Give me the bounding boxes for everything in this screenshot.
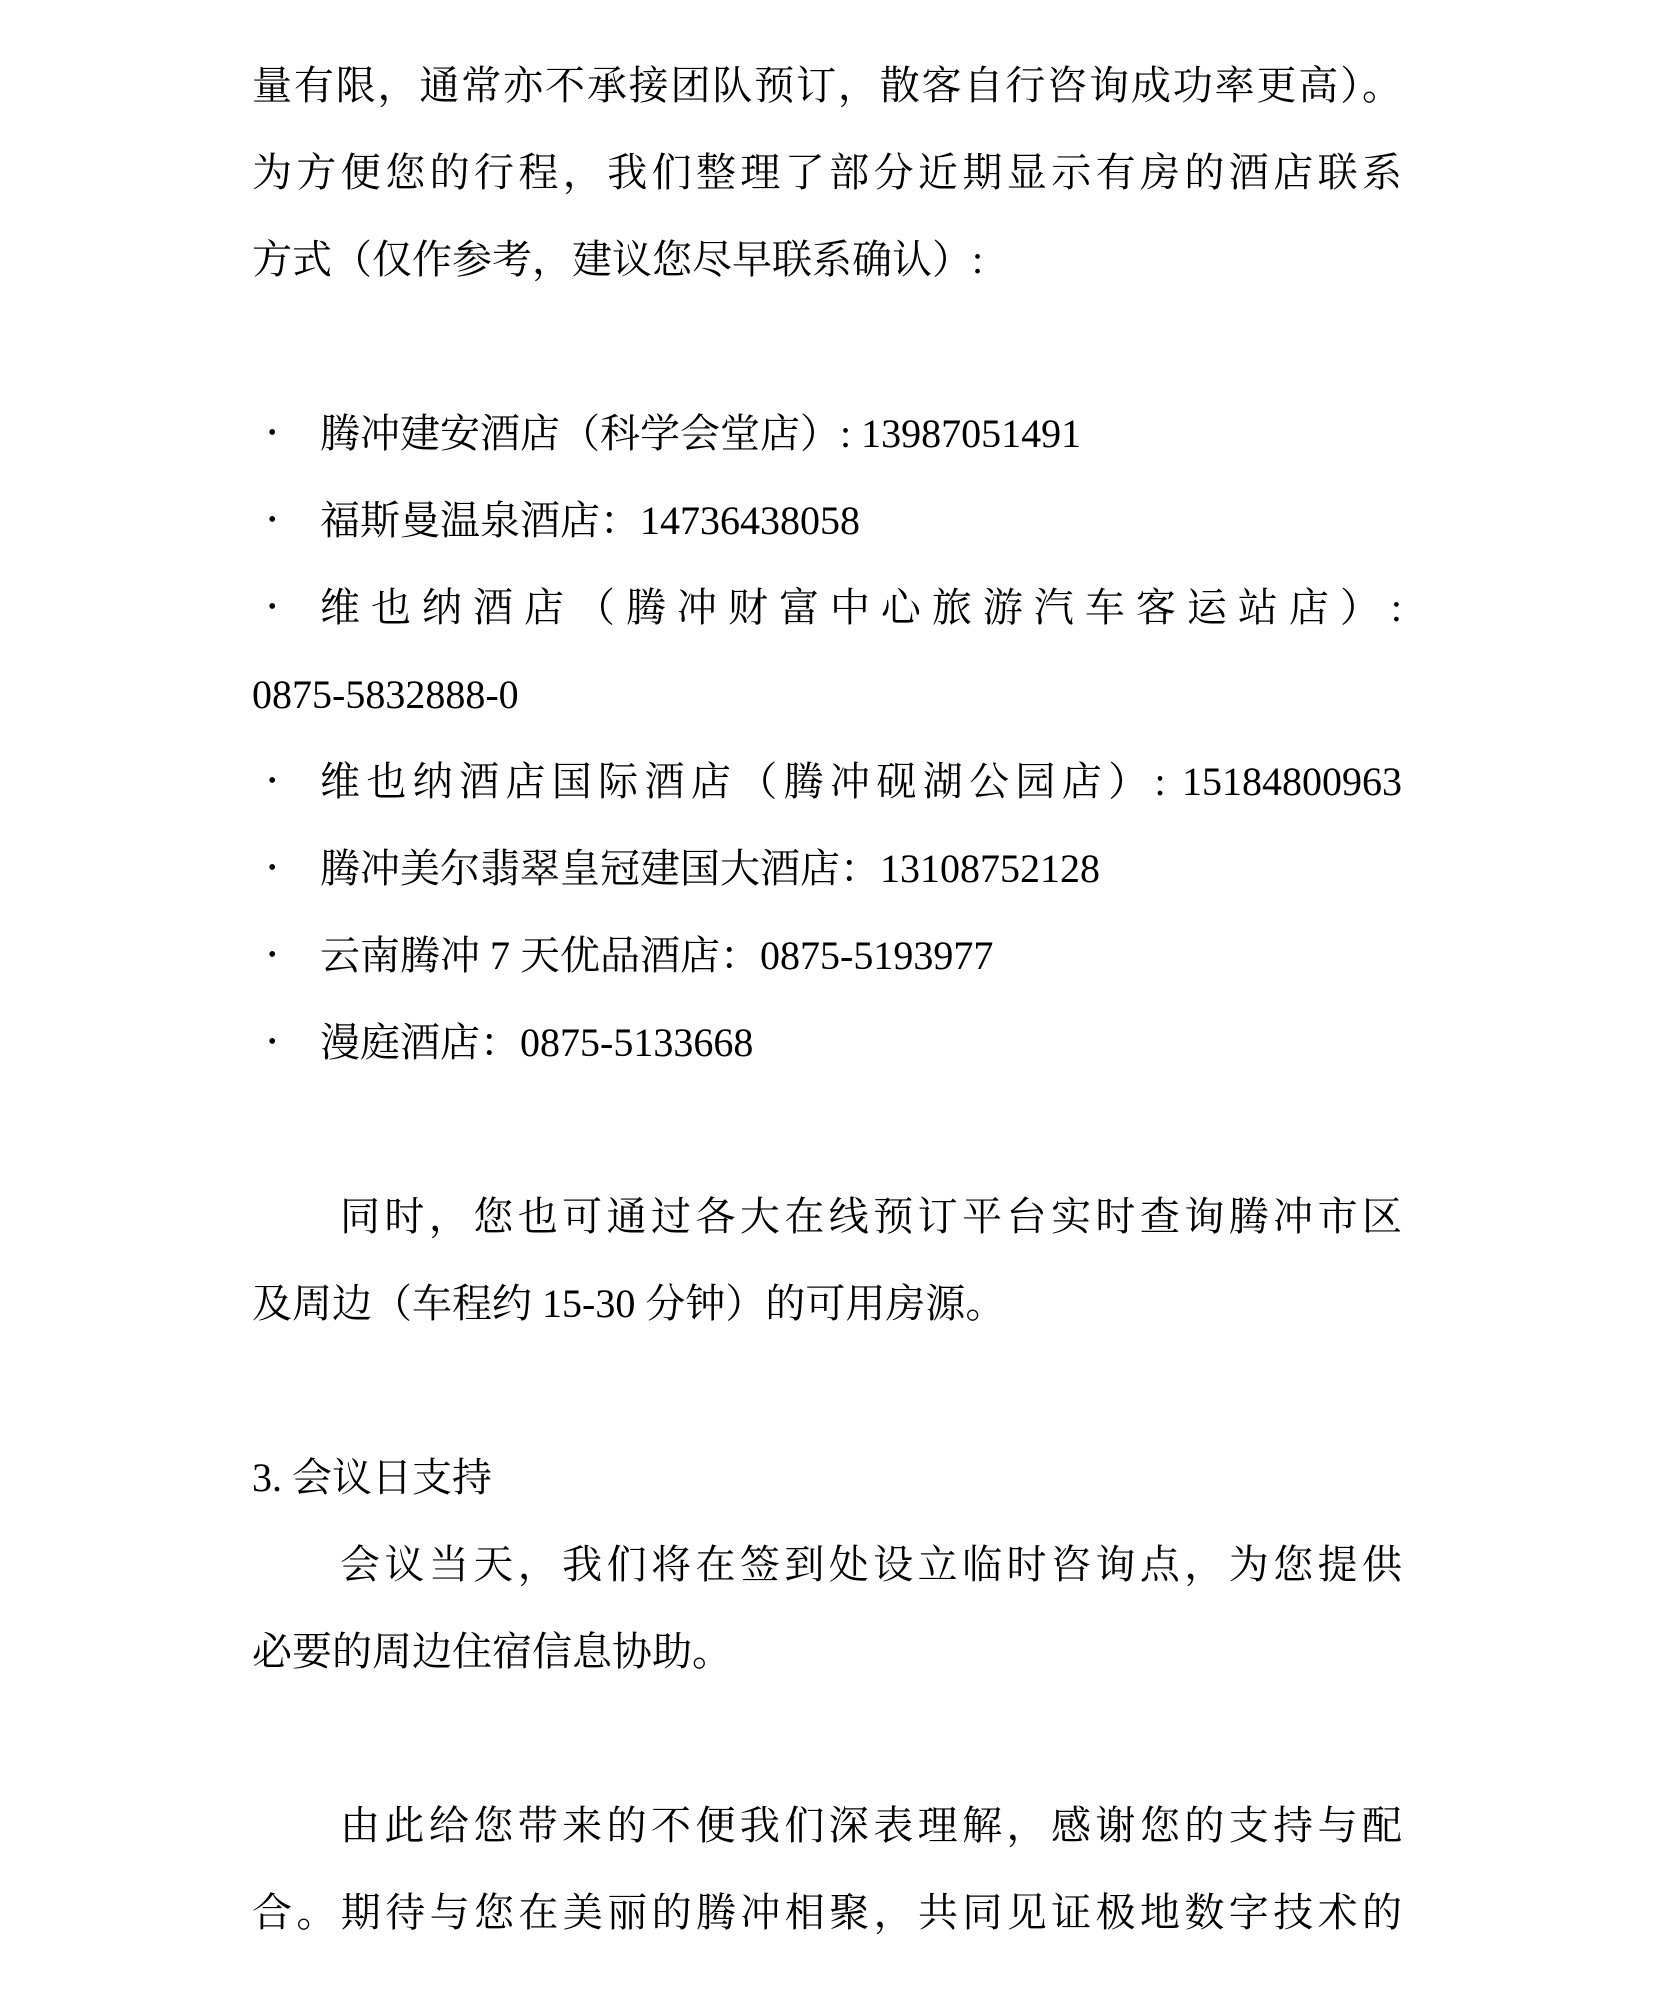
hotel-list-item: •漫庭酒店：0875-5133668: [252, 999, 1402, 1086]
online-booking-line: 及周边（车程约 15-30 分钟）的可用房源。: [252, 1260, 1402, 1347]
closing-paragraph-line: 由此给您带来的不便我们深表理解，感谢您的支持与配: [252, 1782, 1402, 1869]
bullet-icon: •: [268, 390, 308, 477]
hotel-list-item: •腾冲建安酒店（科学会堂店）: 13987051491: [252, 390, 1402, 477]
hotel-list-item: •福斯曼温泉酒店：14736438058: [252, 477, 1402, 564]
bullet-icon: •: [268, 738, 308, 825]
hotel-list-item: •云南腾冲 7 天优品酒店：0875-5193977: [252, 912, 1402, 999]
hotel-item-text: 云南腾冲 7 天优品酒店：0875-5193977: [320, 933, 993, 978]
meeting-day-line: 必要的周边住宿信息协助。: [252, 1608, 1402, 1695]
document-content: 量有限，通常亦不承接团队预订，散客自行咨询成功率更高）。为方便您的行程，我们整理…: [252, 42, 1402, 1956]
hotel-phone-line: 0875-5832888-0: [252, 651, 1402, 738]
bullet-icon: •: [268, 912, 308, 999]
bullet-icon: •: [268, 825, 308, 912]
document-page: 量有限，通常亦不承接团队预订，散客自行咨询成功率更高）。为方便您的行程，我们整理…: [0, 0, 1654, 1999]
meeting-day-line: 会议当天，我们将在签到处设立临时咨询点，为您提供: [252, 1521, 1402, 1608]
hotel-item-text: 维也纳酒店国际酒店（腾冲砚湖公园店）: 15184800963: [320, 759, 1402, 804]
intro-paragraph-line: 量有限，通常亦不承接团队预订，散客自行咨询成功率更高）。: [252, 42, 1402, 129]
bullet-icon: •: [268, 477, 308, 564]
blank-line: [252, 1347, 1402, 1434]
blank-line: [252, 1086, 1402, 1173]
hotel-item-text: 腾冲建安酒店（科学会堂店）: 13987051491: [320, 411, 1081, 456]
hotel-list-item: •维也纳酒店（腾冲财富中心旅游汽车客运站店）:: [252, 564, 1402, 651]
hotel-item-text: 福斯曼温泉酒店：14736438058: [320, 498, 860, 543]
hotel-item-text: 腾冲美尔翡翠皇冠建国大酒店：13108752128: [320, 846, 1100, 891]
hotel-list-item: •腾冲美尔翡翠皇冠建国大酒店：13108752128: [252, 825, 1402, 912]
online-booking-line: 同时，您也可通过各大在线预订平台实时查询腾冲市区: [252, 1173, 1402, 1260]
hotel-item-text: 漫庭酒店：0875-5133668: [320, 1020, 753, 1065]
bullet-icon: •: [268, 999, 308, 1086]
blank-line: [252, 1695, 1402, 1782]
hotel-item-text: 维也纳酒店（腾冲财富中心旅游汽车客运站店）:: [320, 585, 1402, 630]
blank-line: [252, 303, 1402, 390]
bullet-icon: •: [268, 564, 308, 651]
intro-paragraph-line: 方式（仅作参考，建议您尽早联系确认）:: [252, 216, 1402, 303]
section-heading: 3. 会议日支持: [252, 1434, 1402, 1521]
intro-paragraph-line: 为方便您的行程，我们整理了部分近期显示有房的酒店联系: [252, 129, 1402, 216]
closing-paragraph-line: 合。期待与您在美丽的腾冲相聚，共同见证极地数字技术的: [252, 1869, 1402, 1956]
hotel-list-item: •维也纳酒店国际酒店（腾冲砚湖公园店）: 15184800963: [252, 738, 1402, 825]
